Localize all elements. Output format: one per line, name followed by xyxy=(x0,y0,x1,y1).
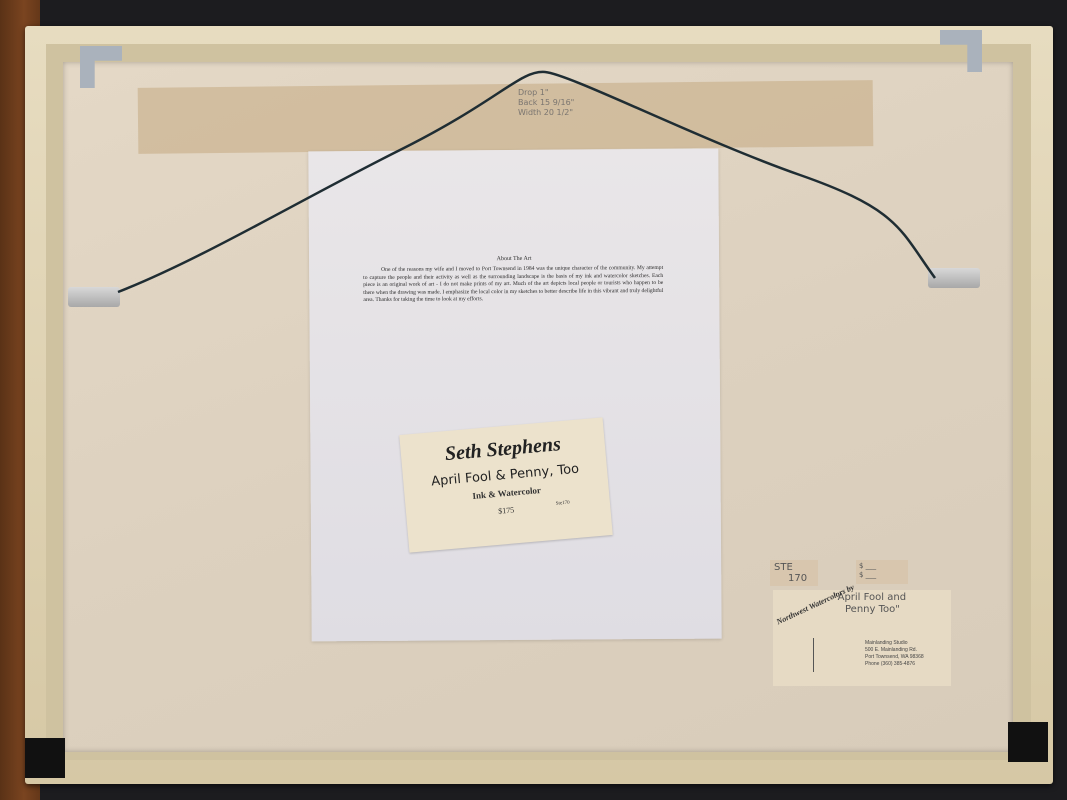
hanging-wire xyxy=(0,0,1067,800)
